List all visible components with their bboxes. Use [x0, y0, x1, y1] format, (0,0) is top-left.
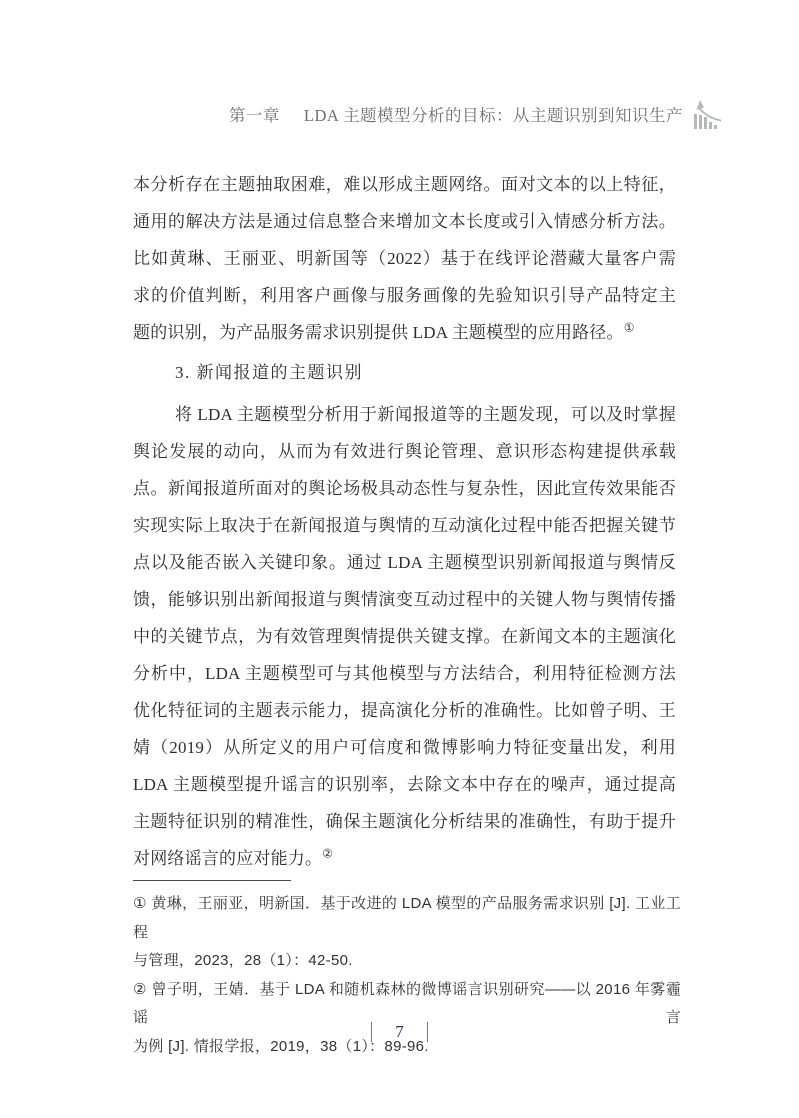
- page-footer: 7: [0, 1022, 799, 1042]
- body-text: 本分析存在主题抽取困难，难以形成主题网络。面对文本的以上特征， 通用的解决方法是…: [133, 166, 676, 877]
- body-line: 实现实际上取决于在新闻报道与舆情的互动演化过程中能否把握关键节: [133, 507, 676, 544]
- chapter-label: 第一章: [229, 104, 280, 128]
- body-line: 求的价值判断，利用客户画像与服务画像的先验知识引导产品特定主: [133, 277, 676, 314]
- running-header: 第一章 LDA 主题模型分析的目标：从主题识别到知识生产: [0, 98, 722, 128]
- body-line: LDA 主题模型提升谣言的识别率，去除文本中存在的噪声，通过提高: [133, 766, 676, 803]
- declining-bar-chart-icon: [693, 98, 722, 128]
- body-line: 主题特征识别的精准性，确保主题演化分析结果的准确性，有助于提升: [133, 803, 676, 840]
- section-heading: 3. 新闻报道的主题识别: [133, 354, 676, 391]
- body-line: 优化特征词的主题表示能力，提高演化分析的准确性。比如曾子明、王: [133, 692, 676, 729]
- body-line: 婧（2019）从所定义的用户可信度和微博影响力特征变量出发，利用: [133, 729, 676, 766]
- page-number-rule-left: [371, 1022, 373, 1042]
- body-line: 点以及能否嵌入关键印象。通过 LDA 主题模型识别新闻报道与舆情反: [133, 544, 676, 581]
- body-line: 点。新闻报道所面对的舆论场极具动态性与复杂性，因此宣传效果能否: [133, 470, 676, 507]
- page-number-rule-right: [427, 1022, 429, 1042]
- footnote-line: 与管理，2023，28（1）：42-50.: [133, 947, 681, 976]
- footnote-line: ① 黄琳，王丽亚，明新国．基于改进的 LDA 模型的产品服务需求识别 [J]. …: [133, 890, 681, 947]
- body-line: 将 LDA 主题模型分析用于新闻报道等的主题发现，可以及时掌握: [133, 396, 676, 433]
- footnote-ref-2: ②: [322, 846, 333, 860]
- footnote-divider: [133, 880, 291, 881]
- chapter-title: LDA 主题模型分析的目标：从主题识别到知识生产: [304, 104, 683, 128]
- footnote-ref-1: ①: [624, 320, 635, 334]
- body-line: 比如黄琳、王丽亚、明新国等（2022）基于在线评论潜藏大量客户需: [133, 240, 676, 277]
- body-line: 题的识别，为产品服务需求识别提供 LDA 主题模型的应用路径。①: [133, 314, 676, 351]
- body-line: 通用的解决方法是通过信息整合来增加文本长度或引入情感分析方法。: [133, 203, 676, 240]
- body-line: 馈，能够识别出新闻报道与舆情演变互动过程中的关键人物与舆情传播: [133, 581, 676, 618]
- body-line: 分析中，LDA 主题模型可与其他模型与方法结合，利用特征检测方法: [133, 655, 676, 692]
- book-page: 第一章 LDA 主题模型分析的目标：从主题识别到知识生产 本分析存在主题抽取困难…: [0, 0, 799, 1118]
- body-line: 舆论发展的动向，从而为有效进行舆论管理、意识形态构建提供承载: [133, 433, 676, 470]
- body-line: 中的关键节点，为有效管理舆情提供关键支撑。在新闻文本的主题演化: [133, 618, 676, 655]
- body-line: 对网络谣言的应对能力。②: [133, 840, 676, 877]
- body-line: 本分析存在主题抽取困难，难以形成主题网络。面对文本的以上特征，: [133, 166, 676, 203]
- page-number: 7: [395, 1022, 404, 1042]
